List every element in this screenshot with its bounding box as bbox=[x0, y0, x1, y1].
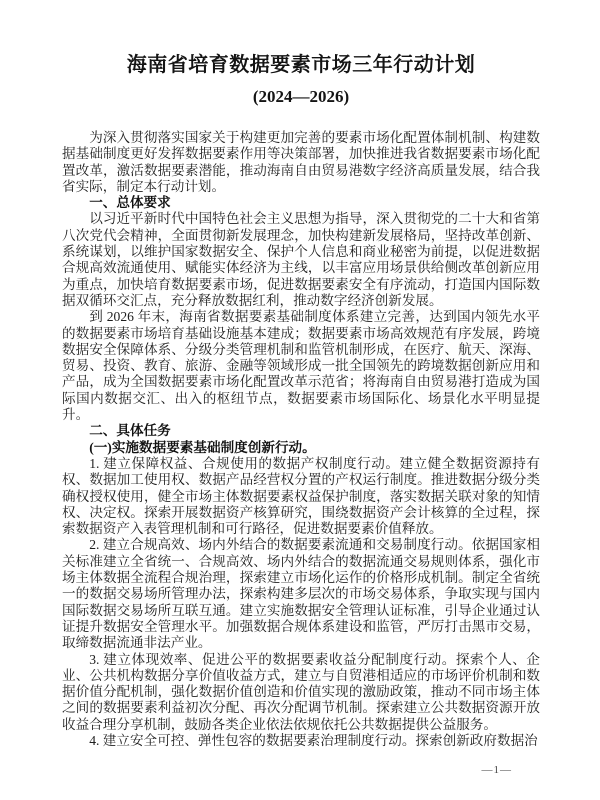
page-number: —1— bbox=[482, 764, 513, 776]
section-1-paragraph-2: 到 2026 年末，海南省数据要素基础制度体系建立完善，达到国内领先水平的数据要… bbox=[62, 309, 540, 423]
intro-paragraph: 为深入贯彻落实国家关于构建更加完善的要素市场化配置体制机制、构建数据基础制度更好… bbox=[62, 130, 540, 195]
document-body: 为深入贯彻落实国家关于构建更加完善的要素市场化配置体制机制、构建数据基础制度更好… bbox=[62, 130, 540, 749]
section-1-heading: 一、总体要求 bbox=[62, 195, 540, 211]
task-paragraph-2: 2. 建立合规高效、场内外结合的数据要素流通和交易制度行动。依据国家相关标准建立… bbox=[62, 537, 540, 651]
section-2-heading: 二、具体任务 bbox=[62, 423, 540, 439]
document-title: 海南省培育数据要素市场三年行动计划 bbox=[62, 50, 540, 80]
task-paragraph-4-truncated: 4. 建立安全可控、弹性包容的数据要素治理制度行动。探索创新政府数据治 bbox=[62, 733, 540, 749]
task-paragraph-3: 3. 建立体现效率、促进公平的数据要素收益分配制度行动。探索个人、企业、公共机构… bbox=[62, 652, 540, 733]
task-paragraph-1: 1. 建立保障权益、合规使用的数据产权制度行动。建立健全数据资源持有权、数据加工… bbox=[62, 456, 540, 537]
section-2-subheading: (一)实施数据要素基础制度创新行动。 bbox=[62, 440, 540, 456]
document-page: 海南省培育数据要素市场三年行动计划 (2024—2026) 为深入贯彻落实国家关… bbox=[0, 0, 600, 800]
document-subtitle: (2024—2026) bbox=[62, 85, 540, 109]
section-1-paragraph-1: 以习近平新时代中国特色社会主义思想为指导，深入贯彻党的二十大和省第八次党代会精神… bbox=[62, 211, 540, 309]
